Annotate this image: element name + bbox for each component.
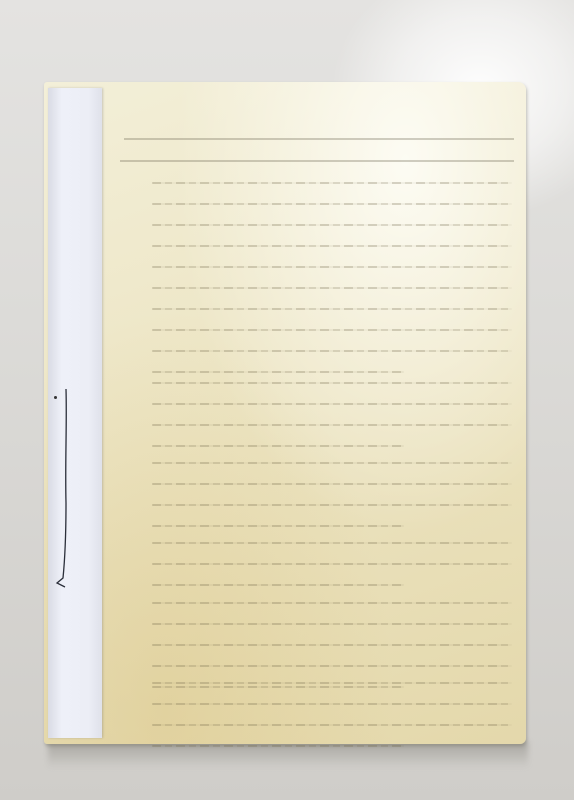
text-line — [152, 424, 512, 426]
text-line — [152, 371, 404, 373]
text-line — [152, 224, 512, 226]
text-line — [152, 245, 512, 247]
text-paragraph — [152, 462, 512, 546]
document-page — [44, 82, 526, 744]
text-line — [152, 542, 512, 544]
text-line — [152, 266, 512, 268]
text-line — [152, 462, 512, 464]
text-line — [152, 682, 512, 684]
binding-spine-tape — [48, 88, 102, 738]
text-line — [152, 350, 512, 352]
text-line — [152, 483, 512, 485]
text-line — [152, 445, 404, 447]
text-line — [152, 504, 512, 506]
text-line — [152, 584, 404, 586]
text-paragraph — [152, 542, 512, 605]
text-paragraph — [152, 382, 512, 466]
text-line — [152, 308, 512, 310]
text-line — [152, 563, 512, 565]
text-line — [152, 644, 512, 646]
ink-dot — [54, 396, 57, 399]
header-rule-bottom — [120, 160, 514, 162]
text-line — [152, 329, 512, 331]
text-line — [152, 602, 512, 604]
text-line — [152, 182, 512, 184]
text-line — [152, 287, 512, 289]
text-paragraph — [152, 182, 512, 392]
text-paragraph — [152, 682, 512, 766]
text-line — [152, 724, 512, 726]
text-line — [152, 745, 404, 747]
text-line — [152, 703, 512, 705]
text-line — [152, 623, 512, 625]
header-rule-top — [124, 138, 514, 140]
text-line — [152, 203, 512, 205]
text-line — [152, 403, 512, 405]
text-line — [152, 382, 512, 384]
text-line — [152, 525, 404, 527]
handwritten-mark-icon — [54, 383, 84, 593]
text-line — [152, 665, 512, 667]
